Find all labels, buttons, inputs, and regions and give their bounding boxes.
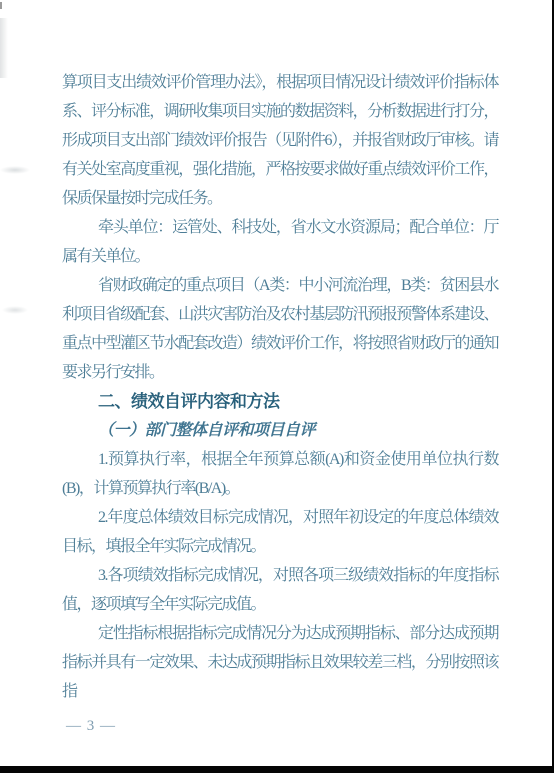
scan-artifact-smudge: [0, 166, 30, 174]
scan-edge-bottom: [0, 766, 554, 773]
paragraph: 3.各项绩效指标完成情况，对照各项三级绩效指标的年度指标值，逐项填写全年实际完成…: [62, 561, 498, 619]
scan-artifact-speck: [0, 2, 2, 9]
page-number: — 3 —: [66, 716, 116, 736]
scan-artifact-left-band: [0, 18, 8, 78]
paragraph: 2.年度总体绩效目标完成情况，对照年初设定的年度总体绩效目标，填报全年实际完成情…: [62, 503, 498, 561]
paragraph: 1.预算执行率，根据全年预算总额(A)和资金使用单位执行数(B)，计算预算执行率…: [62, 445, 498, 503]
scan-artifact-smudge: [2, 306, 28, 314]
section-heading: 二、绩效自评内容和方法: [62, 387, 498, 416]
paragraph: 牵头单位：运管处、科技处，省水文水资源局；配合单位：厅属有关单位。: [62, 213, 498, 271]
paragraph: 省财政确定的重点项目（A类：中小河流治理，B类：贫困县水利项目省级配套、山洪灾害…: [62, 271, 498, 387]
document-body: 算项目支出绩效评价管理办法》，根据项目情况设计绩效评价指标体系、评分标准，调研收…: [62, 68, 498, 706]
paragraph: 算项目支出绩效评价管理办法》，根据项目情况设计绩效评价指标体系、评分标准，调研收…: [62, 68, 498, 213]
paragraph: 定性指标根据指标完成情况分为达成预期指标、部分达成预期指标并具有一定效果、未达成…: [62, 619, 498, 706]
sub-section-heading: （一）部门整体自评和项目自评: [62, 416, 498, 445]
scanned-document-page: 算项目支出绩效评价管理办法》，根据项目情况设计绩效评价指标体系、评分标准，调研收…: [0, 0, 554, 773]
